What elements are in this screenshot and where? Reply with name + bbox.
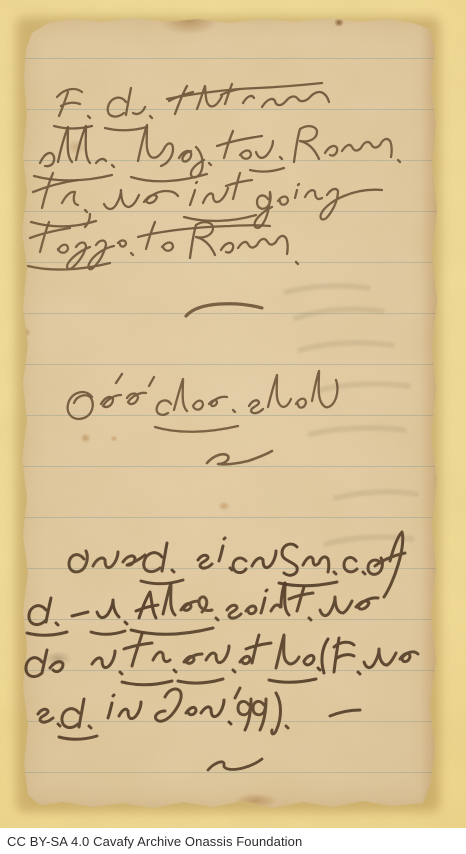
note-paper xyxy=(18,15,438,808)
stain-spot xyxy=(44,651,72,666)
stain-spot xyxy=(110,435,118,442)
license-bar: CC BY-SA 4.0 Cavafy Archive Onassis Foun… xyxy=(0,828,466,854)
license-attribution: CC BY-SA 4.0 Cavafy Archive Onassis Foun… xyxy=(0,834,302,849)
stain-spot xyxy=(66,139,86,155)
stain-spot xyxy=(218,501,230,511)
stain-spot xyxy=(80,433,91,443)
manuscript-photo: CC BY-SA 4.0 Cavafy Archive Onassis Foun… xyxy=(0,0,466,854)
